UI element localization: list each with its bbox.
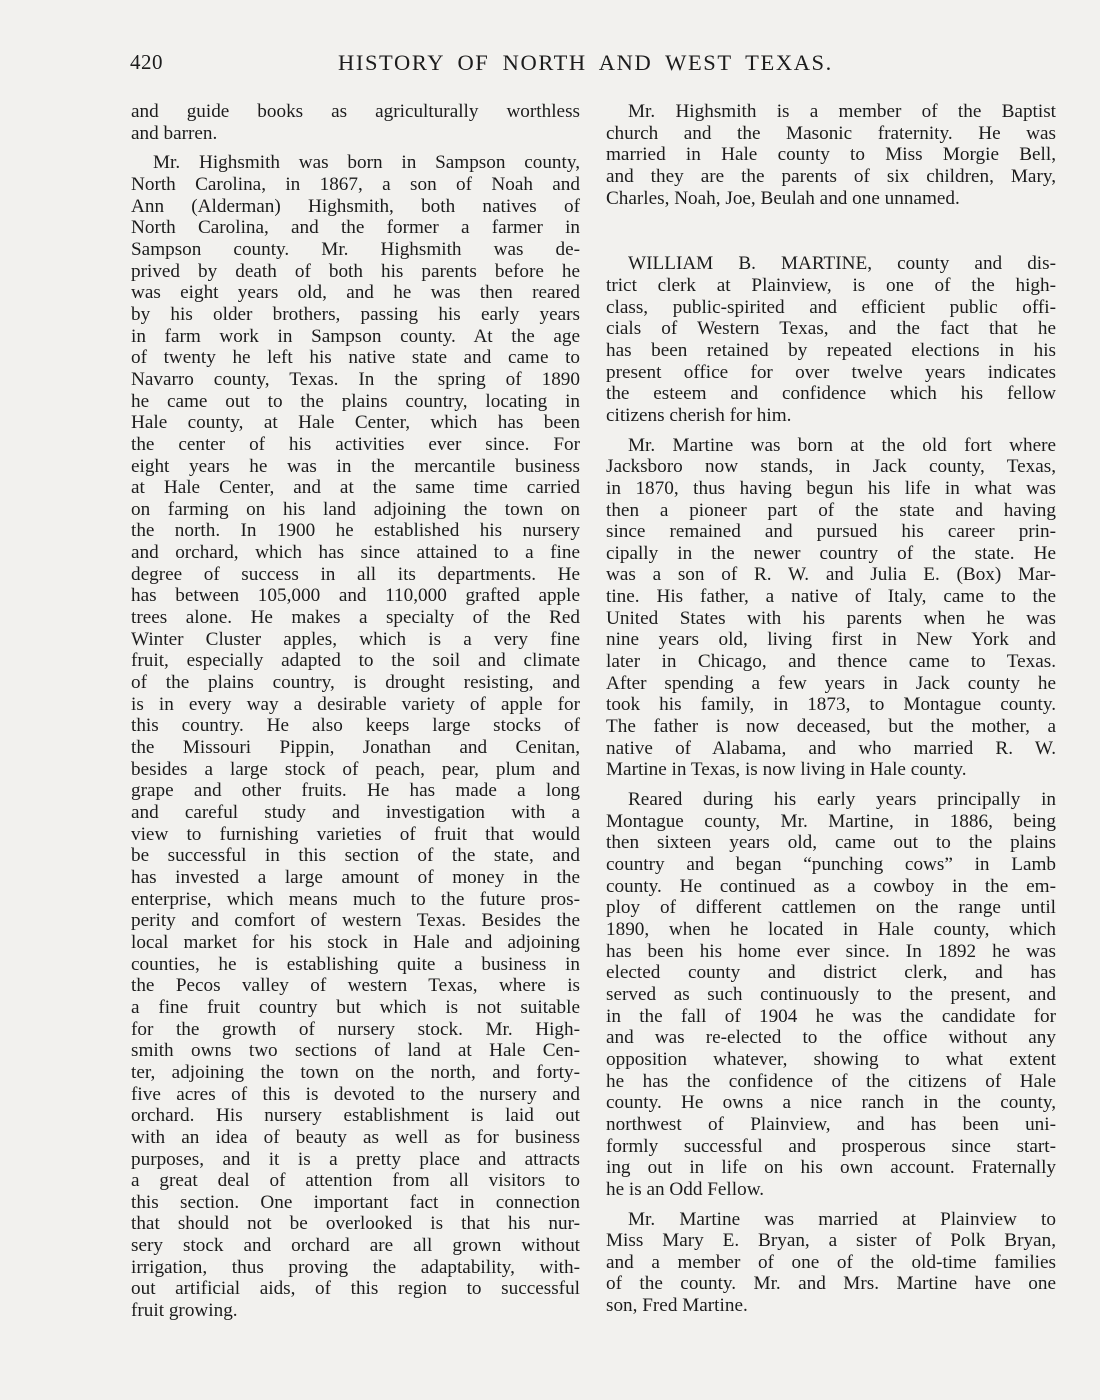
text-line: Hale county, at Hale Center, which has b… — [131, 412, 580, 434]
text-line: 1890, when he located in Hale county, wh… — [606, 919, 1056, 941]
text-line: took his family, in 1873, to Montague co… — [606, 694, 1056, 716]
text-line: since remained and pursued his career pr… — [606, 521, 1056, 543]
text-line: cipally in the newer country of the stat… — [606, 543, 1056, 565]
text-line: The father is now deceased, but the moth… — [606, 716, 1056, 738]
text-line: has between 105,000 and 110,000 grafted … — [131, 585, 580, 607]
text-line: the north. In 1900 he established his nu… — [131, 520, 580, 542]
text-line: Navarro county, Texas. In the spring of … — [131, 369, 580, 391]
text-line: northwest of Plainview, and has been uni… — [606, 1114, 1056, 1136]
text-line: perity and comfort of western Texas. Bes… — [131, 910, 580, 932]
text-line: cials of Western Texas, and the fact tha… — [606, 318, 1056, 340]
text-line: Sampson county. Mr. Highsmith was de- — [131, 239, 580, 261]
text-line: on farming on his land adjoining the tow… — [131, 499, 580, 521]
paragraph: Reared during his early years principall… — [606, 789, 1056, 1200]
text-line: out artificial aids, of this region to s… — [131, 1278, 580, 1300]
text-line: be successful in this section of the sta… — [131, 845, 580, 867]
text-line: Mr. Martine was born at the old fort whe… — [606, 435, 1056, 457]
text-line: North Carolina, in 1867, a son of Noah a… — [131, 174, 580, 196]
paragraph: Mr. Highsmith is a member of the Baptist… — [606, 101, 1056, 209]
page-number: 420 — [130, 50, 163, 75]
text-line: was a son of R. W. and Julia E. (Box) Ma… — [606, 564, 1056, 586]
text-line: present office for over twelve years ind… — [606, 362, 1056, 384]
text-line: the esteem and confidence which his fell… — [606, 383, 1056, 405]
text-line: enterprise, which means much to the futu… — [131, 889, 580, 911]
text-line: county. He continued as a cowboy in the … — [606, 876, 1056, 898]
text-line: the Pecos valley of western Texas, where… — [131, 975, 580, 997]
text-line: irrigation, thus proving the adaptabilit… — [131, 1257, 580, 1279]
text-line: for the growth of nursery stock. Mr. Hig… — [131, 1019, 580, 1041]
text-line: Miss Mary E. Bryan, a sister of Polk Bry… — [606, 1230, 1056, 1252]
text-line: fruit, especially adapted to the soil an… — [131, 650, 580, 672]
text-line: opposition whatever, showing to what ext… — [606, 1049, 1056, 1071]
text-line: Montague county, Mr. Martine, in 1886, b… — [606, 811, 1056, 833]
text-line: eight years he was in the mercantile bus… — [131, 456, 580, 478]
text-line: at Hale Center, and at the same time car… — [131, 477, 580, 499]
text-line: Martine in Texas, is now living in Hale … — [606, 759, 1056, 781]
text-line: prived by death of both his parents befo… — [131, 261, 580, 283]
text-line: orchard. His nursery establishment is la… — [131, 1105, 580, 1127]
text-line: then sixteen years old, came out to the … — [606, 832, 1056, 854]
text-line: Ann (Alderman) Highsmith, both natives o… — [131, 196, 580, 218]
text-line: ploy of different cattlemen on the range… — [606, 897, 1056, 919]
text-line: has invested a large amount of money in … — [131, 867, 580, 889]
text-line: Charles, Noah, Joe, Beulah and one unnam… — [606, 188, 1056, 210]
text-line: he is an Odd Fellow. — [606, 1179, 1056, 1201]
text-line: purposes, and it is a pretty place and a… — [131, 1149, 580, 1171]
text-line: a great deal of attention from all visit… — [131, 1170, 580, 1192]
text-line: of the plains country, is drought resist… — [131, 672, 580, 694]
text-line: that should not be overlooked is that hi… — [131, 1213, 580, 1235]
text-line: and orchard, which has since attained to… — [131, 542, 580, 564]
text-line: WILLIAM B. MARTINE, county and dis- — [606, 253, 1056, 275]
text-line: and barren. — [131, 123, 580, 145]
text-line: degree of success in all its departments… — [131, 564, 580, 586]
text-line: the center of his activities ever since.… — [131, 434, 580, 456]
text-line: and a member of one of the old-time fami… — [606, 1252, 1056, 1274]
text-line: this country. He also keeps large stocks… — [131, 715, 580, 737]
text-line: ter, adjoining the town on the north, an… — [131, 1062, 580, 1084]
text-line: later in Chicago, and thence came to Tex… — [606, 651, 1056, 673]
text-line: trees alone. He makes a specialty of the… — [131, 607, 580, 629]
text-line: class, public-spirited and efficient pub… — [606, 297, 1056, 319]
text-line: Mr. Martine was married at Plainview to — [606, 1209, 1056, 1231]
text-line: with an idea of beauty as well as for bu… — [131, 1127, 580, 1149]
text-line: ing out in life on his own account. Frat… — [606, 1157, 1056, 1179]
text-line: tine. His father, a native of Italy, cam… — [606, 586, 1056, 608]
text-line: he has the confidence of the citizens of… — [606, 1071, 1056, 1093]
text-line: five acres of this is devoted to the nur… — [131, 1084, 580, 1106]
text-line: formly successful and prosperous since s… — [606, 1136, 1056, 1158]
paragraph: Mr. Highsmith was born in Sampson county… — [131, 152, 580, 1321]
text-line: in the fall of 1904 he was the candidate… — [606, 1006, 1056, 1028]
text-line: fruit growing. — [131, 1300, 580, 1322]
text-line: counties, he is establishing quite a bus… — [131, 954, 580, 976]
text-line: native of Alabama, and who married R. W. — [606, 738, 1056, 760]
text-line: has been his home ever since. In 1892 he… — [606, 941, 1056, 963]
text-line: elected county and district clerk, and h… — [606, 962, 1056, 984]
text-line: and guide books as agriculturally worthl… — [131, 101, 580, 123]
text-line: grape and other fruits. He has made a lo… — [131, 780, 580, 802]
text-line: he came out to the plains country, locat… — [131, 391, 580, 413]
text-line: nine years old, living first in New York… — [606, 629, 1056, 651]
biography-heading-paragraph: WILLIAM B. MARTINE, county and dis-trict… — [606, 253, 1056, 426]
text-line: country and began “punching cows” in Lam… — [606, 854, 1056, 876]
text-line: of twenty he left his native state and c… — [131, 347, 580, 369]
text-line: a fine fruit country but which is not su… — [131, 997, 580, 1019]
text-line: Mr. Highsmith is a member of the Baptist — [606, 101, 1056, 123]
text-line: was eight years old, and he was then rea… — [131, 282, 580, 304]
text-line: sery stock and orchard are all grown wit… — [131, 1235, 580, 1257]
text-line: of the county. Mr. and Mrs. Martine have… — [606, 1273, 1056, 1295]
text-line: has been retained by repeated elections … — [606, 340, 1056, 362]
text-line: besides a large stock of peach, pear, pl… — [131, 759, 580, 781]
text-line: this section. One important fact in conn… — [131, 1192, 580, 1214]
right-column: Mr. Highsmith is a member of the Baptist… — [606, 101, 1056, 1317]
text-line: the Missouri Pippin, Jonathan and Cenita… — [131, 737, 580, 759]
text-line: then a pioneer part of the state and hav… — [606, 500, 1056, 522]
paragraph: and guide books as agriculturally worthl… — [131, 101, 580, 144]
text-line: is in every way a desirable variety of a… — [131, 694, 580, 716]
text-line: Reared during his early years principall… — [606, 789, 1056, 811]
text-line: citizens cherish for him. — [606, 405, 1056, 427]
text-line: local market for his stock in Hale and a… — [131, 932, 580, 954]
text-line: church and the Masonic fraternity. He wa… — [606, 123, 1056, 145]
text-line: trict clerk at Plainview, is one of the … — [606, 275, 1056, 297]
text-line: Mr. Highsmith was born in Sampson county… — [131, 152, 580, 174]
text-line: North Carolina, and the former a farmer … — [131, 217, 580, 239]
text-line: After spending a few years in Jack count… — [606, 673, 1056, 695]
text-line: Winter Cluster apples, which is a very f… — [131, 629, 580, 651]
text-line: and careful study and investigation with… — [131, 802, 580, 824]
text-line: Jacksboro now stands, in Jack county, Te… — [606, 456, 1056, 478]
text-line: and was re-elected to the office without… — [606, 1027, 1056, 1049]
text-line: served as such continuously to the prese… — [606, 984, 1056, 1006]
text-line: and they are the parents of six children… — [606, 166, 1056, 188]
text-line: son, Fred Martine. — [606, 1295, 1056, 1317]
text-line: United States with his parents when he w… — [606, 608, 1056, 630]
paragraph: Mr. Martine was born at the old fort whe… — [606, 435, 1056, 782]
left-column: and guide books as agriculturally worthl… — [131, 101, 580, 1322]
text-line: in farm work in Sampson county. At the a… — [131, 326, 580, 348]
text-line: view to furnishing varieties of fruit th… — [131, 824, 580, 846]
text-line: by his older brothers, passing his early… — [131, 304, 580, 326]
text-line: smith owns two sections of land at Hale … — [131, 1040, 580, 1062]
running-title: HISTORY OF NORTH AND WEST TEXAS. — [338, 50, 833, 76]
page-header: 420 HISTORY OF NORTH AND WEST TEXAS. — [130, 50, 870, 84]
text-line: married in Hale county to Miss Morgie Be… — [606, 144, 1056, 166]
paragraph: Mr. Martine was married at Plainview toM… — [606, 1209, 1056, 1317]
text-line: county. He owns a nice ranch in the coun… — [606, 1092, 1056, 1114]
text-line: in 1870, thus having begun his life in w… — [606, 478, 1056, 500]
